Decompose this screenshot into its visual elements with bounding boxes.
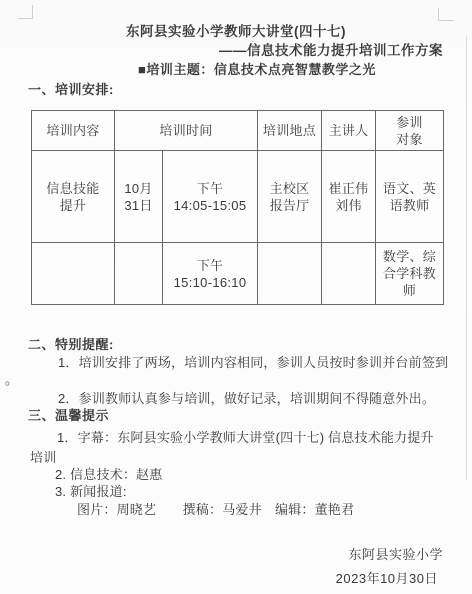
col-header-content: 培训内容 bbox=[32, 111, 115, 151]
photo-corner-mark-left bbox=[18, 5, 33, 19]
section-tips-heading: 三、温馨提示 bbox=[28, 405, 109, 424]
cell-content-empty bbox=[32, 243, 115, 305]
cell-content: 信息技能 提升 bbox=[32, 151, 115, 243]
reminder-item-2: 2．参训教师认真参与培训，做好记录，培训期间不得随意外出。 bbox=[58, 388, 435, 407]
section-arrangement-heading: 一、培训安排: bbox=[28, 79, 114, 98]
cell-time-session2: 下午 15:10-16:10 bbox=[163, 243, 258, 305]
tips-item-subtitle: 1．字幕：东阿县实验小学教师大讲堂(四十七) 信息技术能力提升 bbox=[57, 427, 434, 446]
col-header-time: 培训时间 bbox=[115, 111, 258, 151]
doc-subtitle: ——信息技术能力提升培训工作方案 bbox=[219, 39, 443, 59]
cell-location: 主校区 报告厅 bbox=[258, 151, 322, 243]
signature-date: 2023年10月30日 bbox=[336, 568, 438, 587]
col-header-location: 培训地点 bbox=[258, 111, 322, 151]
cell-location-empty bbox=[258, 243, 322, 305]
cell-participants-session1: 语文、英 语教师 bbox=[376, 151, 444, 243]
cell-date: 10月 31日 bbox=[115, 151, 163, 243]
reminder-item-1: 1．培训安排了两场，培训内容相同，参训人员按时参训并台前签到 bbox=[58, 352, 448, 371]
signature-school: 东阿县实验小学 bbox=[348, 544, 443, 563]
col-header-speaker: 主讲人 bbox=[322, 111, 376, 151]
training-schedule-table: 培训内容 培训时间 培训地点 主讲人 参训 对象 信息技能 提升 10月 31日… bbox=[31, 110, 444, 305]
table-row: 信息技能 提升 10月 31日 下午 14:05-15:05 主校区 报告厅 崔… bbox=[32, 151, 444, 243]
tips-item-subtitle-wrap: 培训 bbox=[30, 447, 56, 466]
tips-item-news: 3. 新闻报道: bbox=[55, 481, 127, 500]
cell-speaker-empty bbox=[322, 243, 376, 305]
cell-date-empty bbox=[115, 243, 163, 305]
page-edge-line bbox=[466, 36, 467, 480]
doc-title: 东阿县实验小学教师大讲堂(四十七) bbox=[0, 20, 472, 40]
col-header-participants: 参训 对象 bbox=[376, 111, 444, 151]
cell-participants-session2: 数学、综 合学科教 师 bbox=[376, 243, 444, 305]
news-credits: 图片：周晓艺 撰稿：马爱井 编辑：董艳君 bbox=[77, 499, 354, 518]
section-reminder-heading: 二、特别提醒: bbox=[28, 334, 114, 353]
cell-time-session1: 下午 14:05-15:05 bbox=[163, 151, 258, 243]
table-row: 下午 15:10-16:10 数学、综 合学科教 师 bbox=[32, 243, 444, 305]
cell-speaker: 崔正伟 刘伟 bbox=[322, 151, 376, 243]
reminder-item-1-wrap: 。 bbox=[5, 369, 18, 388]
training-theme-line: ■培训主题：信息技术点亮智慧教学之光 bbox=[138, 59, 376, 78]
document-page: 东阿县实验小学教师大讲堂(四十七) ——信息技术能力提升培训工作方案 ■培训主题… bbox=[0, 0, 472, 594]
